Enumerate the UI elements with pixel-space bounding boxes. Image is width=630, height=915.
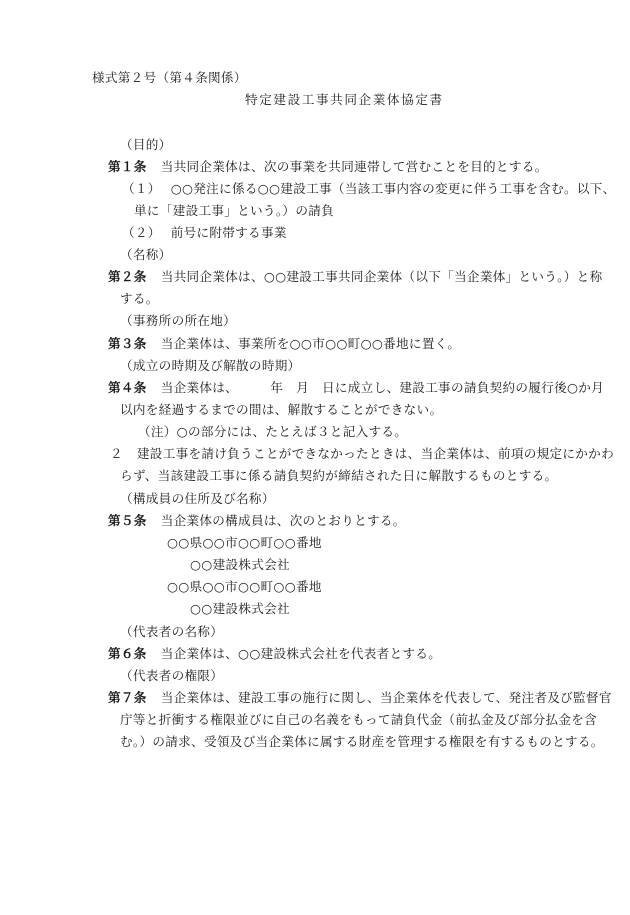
article-3-text: 当企業体は、事業所を○○市○○町○○番地に置く。 bbox=[161, 336, 461, 351]
article-1-text: 当共同企業体は、次の事業を共同連帯して営むことを目的とする。 bbox=[161, 159, 548, 174]
article-3: 第３条当企業体は、事業所を○○市○○町○○番地に置く。 bbox=[108, 336, 460, 352]
article-5-number: 第５条 bbox=[108, 513, 147, 528]
article-4-paragraph-2: ２建設工事を請け負うことができなかったときは、当企業体は、前項の規定にかかわ bbox=[110, 446, 614, 462]
article-2: 第２条当共同企業体は、○○建設工事共同企業体（以下「当企業体」という。）と称 bbox=[108, 269, 602, 285]
article-7: 第７条当企業体は、建設工事の施行に関し、当企業体を代表して、発注者及び監督官 bbox=[108, 690, 612, 706]
article-6-caption: （代表者の名称） bbox=[120, 624, 223, 640]
article-7-number: 第７条 bbox=[108, 690, 147, 705]
article-1: 第１条当共同企業体は、次の事業を共同連帯して営むことを目的とする。 bbox=[108, 159, 548, 175]
article-7-cont-1: 庁等と折衝する権限並びに自己の名義をもって請負代金（前払金及び部分払金を含 bbox=[120, 712, 597, 728]
paragraph-2-number: ２ bbox=[110, 446, 123, 461]
member-2-name: ○○建設株式会社 bbox=[190, 601, 290, 617]
document-page: 様式第２号（第４条関係） 特定建設工事共同企業体協定書 （目的） 第１条当共同企… bbox=[0, 0, 630, 915]
article-2-cont: する。 bbox=[120, 291, 159, 307]
article-7-text: 当企業体は、建設工事の施行に関し、当企業体を代表して、発注者及び監督官 bbox=[161, 690, 612, 705]
article-1-item-2: （２）前号に附帯する事業 bbox=[122, 225, 287, 241]
article-4-text: 当企業体は、 年 月 日に成立し、建設工事の請負契約の履行後○か月 bbox=[161, 380, 604, 395]
article-5-text: 当企業体の構成員は、次のとおりとする。 bbox=[161, 513, 406, 528]
article-6-number: 第６条 bbox=[108, 646, 147, 661]
article-6-text: 当企業体は、○○建設株式会社を代表者とする。 bbox=[161, 646, 441, 661]
article-7-caption: （代表者の権限） bbox=[120, 668, 223, 684]
article-4-caption: （成立の時期及び解散の時期） bbox=[120, 358, 301, 374]
article-1-number: 第１条 bbox=[108, 159, 147, 174]
article-3-number: 第３条 bbox=[108, 336, 147, 351]
document-title: 特定建設工事共同企業体協定書 bbox=[245, 92, 444, 108]
article-2-number: 第２条 bbox=[108, 269, 147, 284]
article-4-paragraph-2-cont: らず、当該建設工事に係る請負契約が締結された日に解散するものとする。 bbox=[120, 468, 557, 484]
form-label: 様式第２号（第４条関係） bbox=[92, 70, 247, 86]
item-1-number: （１） bbox=[122, 181, 161, 196]
member-1-address: ○○県○○市○○町○○番地 bbox=[167, 535, 322, 551]
item-2-number: （２） bbox=[122, 225, 161, 240]
article-4-cont: 以内を経過するまでの間は、解散することができない。 bbox=[120, 402, 442, 418]
article-4-number: 第４条 bbox=[108, 380, 147, 395]
item-2-text: 前号に附帯する事業 bbox=[171, 225, 287, 240]
item-1-text: ○○発注に係る○○建設工事（当該工事内容の変更に伴う工事を含む。以下、 bbox=[171, 181, 616, 196]
article-5-caption: （構成員の住所及び名称） bbox=[120, 491, 275, 507]
article-4: 第４条当企業体は、 年 月 日に成立し、建設工事の請負契約の履行後○か月 bbox=[108, 380, 604, 396]
article-7-cont-2: む。）の請求、受領及び当企業体に属する財産を管理する権限を有するものとする。 bbox=[120, 734, 604, 750]
article-1-item-1: （１）○○発注に係る○○建設工事（当該工事内容の変更に伴う工事を含む。以下、 bbox=[122, 181, 616, 197]
article-5: 第５条当企業体の構成員は、次のとおりとする。 bbox=[108, 513, 406, 529]
article-2-text: 当共同企業体は、○○建設工事共同企業体（以下「当企業体」という。）と称 bbox=[161, 269, 603, 284]
article-1-item-1-cont: 単に「建設工事」という。）の請負 bbox=[134, 203, 334, 219]
article-2-caption: （名称） bbox=[120, 247, 172, 263]
article-4-note: （注）○の部分には、たとえば３と記入する。 bbox=[138, 424, 407, 440]
article-3-caption: （事務所の所在地） bbox=[120, 313, 236, 329]
paragraph-2-text: 建設工事を請け負うことができなかったときは、当企業体は、前項の規定にかかわ bbox=[137, 446, 614, 461]
member-1-name: ○○建設株式会社 bbox=[190, 557, 290, 573]
article-1-caption: （目的） bbox=[120, 137, 172, 153]
member-2-address: ○○県○○市○○町○○番地 bbox=[167, 579, 322, 595]
article-6: 第６条当企業体は、○○建設株式会社を代表者とする。 bbox=[108, 646, 441, 662]
